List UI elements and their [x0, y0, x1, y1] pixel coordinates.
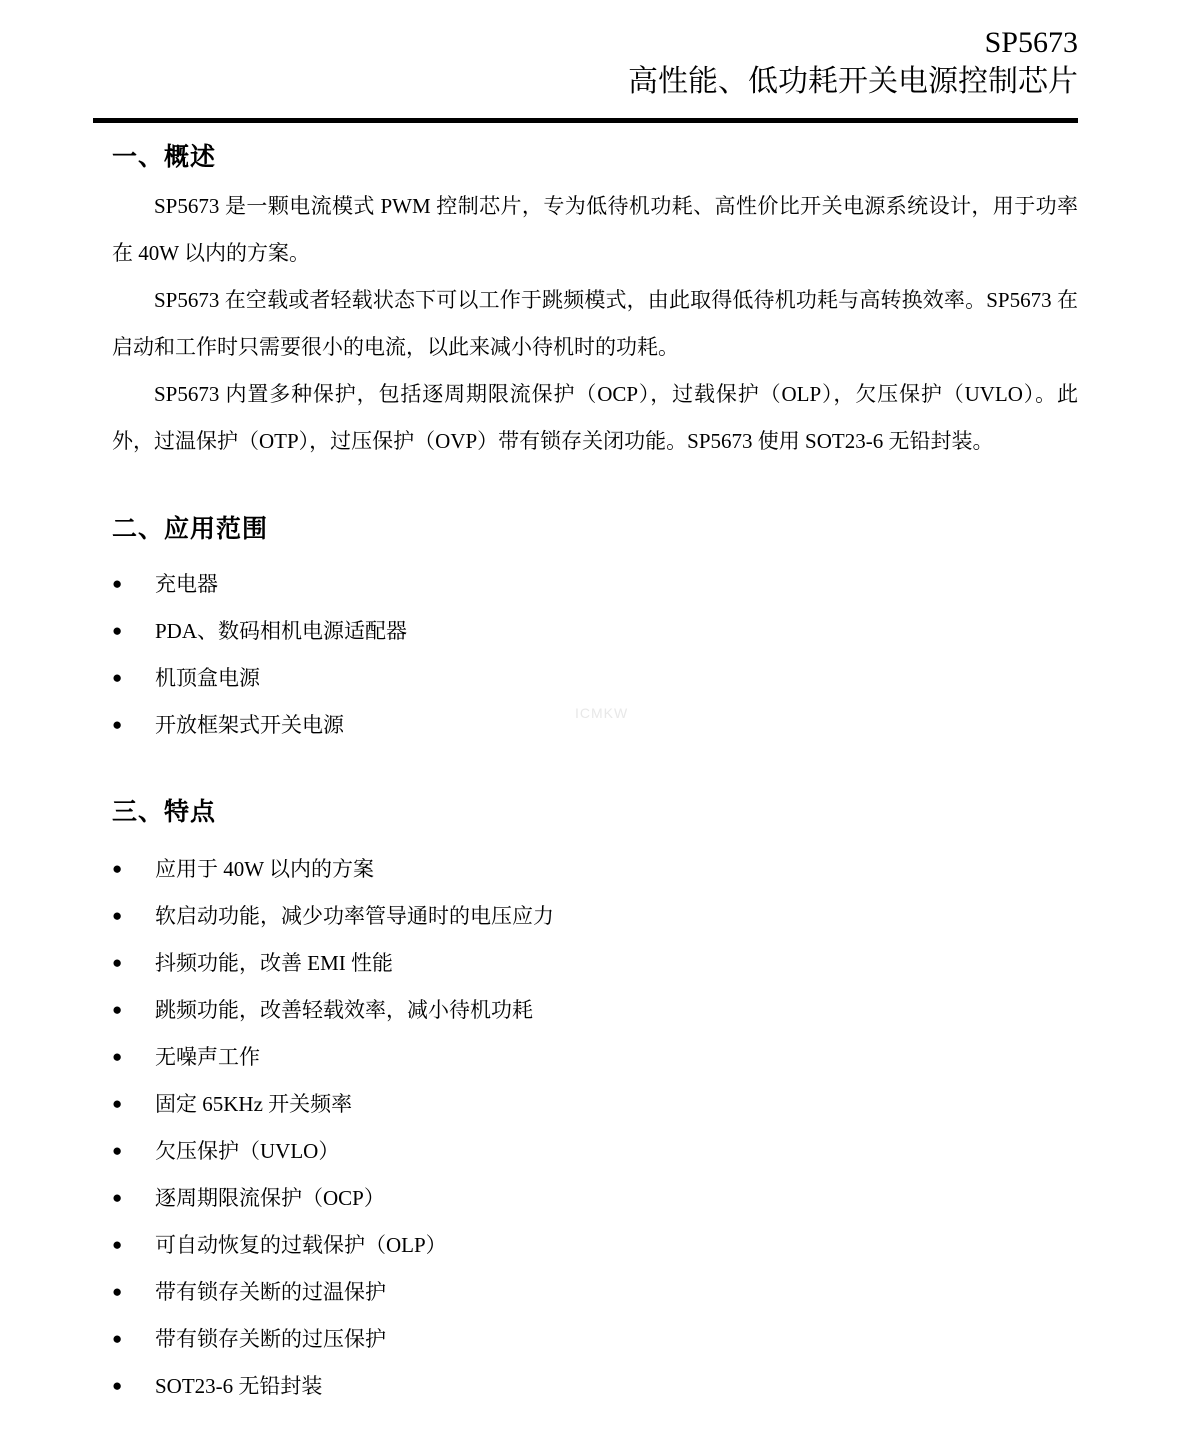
list-item: ● PDA、数码相机电源适配器	[112, 616, 1078, 646]
features-heading: 三、特点	[112, 796, 1078, 830]
applications-heading: 二、应用范围	[112, 513, 1078, 547]
bullet-icon: ●	[112, 1277, 155, 1307]
bullet-icon: ●	[112, 1136, 155, 1166]
list-item: ● 可自动恢复的过载保护（OLP）	[112, 1230, 1078, 1260]
list-item-text: PDA、数码相机电源适配器	[155, 616, 407, 646]
list-item: ● 带有锁存关断的过压保护	[112, 1324, 1078, 1354]
bullet-icon: ●	[112, 616, 155, 646]
list-item: ● 带有锁存关断的过温保护	[112, 1277, 1078, 1307]
list-item-text: 可自动恢复的过载保护（OLP）	[155, 1230, 447, 1260]
list-item-text: 机顶盒电源	[155, 663, 260, 693]
list-item: ● 充电器	[112, 569, 1078, 599]
list-item: ● 欠压保护（UVLO）	[112, 1136, 1078, 1166]
list-item-text: 固定 65KHz 开关频率	[155, 1089, 352, 1119]
bullet-icon: ●	[112, 1230, 155, 1260]
list-item-text: 开放框架式开关电源	[155, 710, 344, 740]
list-item: ● 无噪声工作	[112, 1042, 1078, 1072]
list-item: ● 机顶盒电源	[112, 663, 1078, 693]
bullet-icon: ●	[112, 569, 155, 599]
doc-body: 一、概述 SP5673 是一颗电流模式 PWM 控制芯片，专为低待机功耗、高性价…	[0, 141, 1190, 1401]
list-item-text: 欠压保护（UVLO）	[155, 1136, 339, 1166]
header-rule	[93, 118, 1078, 123]
bullet-icon: ●	[112, 1183, 155, 1213]
bullet-icon: ●	[112, 1042, 155, 1072]
doc-subtitle: 高性能、低功耗开关电源控制芯片	[0, 62, 1078, 102]
bullet-icon: ●	[112, 1371, 155, 1401]
list-item-text: 带有锁存关断的过温保护	[155, 1277, 386, 1307]
bullet-icon: ●	[112, 1324, 155, 1354]
list-item-text: 抖频功能，改善 EMI 性能	[155, 948, 393, 978]
bullet-icon: ●	[112, 854, 155, 884]
bullet-icon: ●	[112, 948, 155, 978]
bullet-icon: ●	[112, 901, 155, 931]
list-item: ● 固定 65KHz 开关频率	[112, 1089, 1078, 1119]
bullet-icon: ●	[112, 663, 155, 693]
overview-paragraph: SP5673 内置多种保护，包括逐周期限流保护（OCP），过载保护（OLP），欠…	[112, 371, 1078, 465]
list-item: ● 软启动功能，减少功率管导通时的电压应力	[112, 901, 1078, 931]
overview-paragraph: SP5673 在空载或者轻载状态下可以工作于跳频模式，由此取得低待机功耗与高转换…	[112, 277, 1078, 371]
overview-heading: 一、概述	[112, 141, 1078, 175]
overview-paragraphs: SP5673 是一颗电流模式 PWM 控制芯片，专为低待机功耗、高性价比开关电源…	[112, 183, 1078, 465]
bullet-icon: ●	[112, 995, 155, 1025]
list-item-text: SOT23-6 无铅封装	[155, 1371, 322, 1401]
list-item-text: 逐周期限流保护（OCP）	[155, 1183, 385, 1213]
section-features: 三、特点 ● 应用于 40W 以内的方案 ● 软启动功能，减少功率管导通时的电压…	[112, 796, 1078, 1401]
list-item: ● 逐周期限流保护（OCP）	[112, 1183, 1078, 1213]
bullet-icon: ●	[112, 1089, 155, 1119]
list-item: ● 应用于 40W 以内的方案	[112, 854, 1078, 884]
datasheet-page: SP5673 高性能、低功耗开关电源控制芯片 一、概述 SP5673 是一颗电流…	[0, 0, 1190, 1431]
list-item: ● SOT23-6 无铅封装	[112, 1371, 1078, 1401]
list-item: ● 跳频功能，改善轻载效率，减小待机功耗	[112, 995, 1078, 1025]
list-item-text: 应用于 40W 以内的方案	[155, 854, 374, 884]
watermark: ICMKW	[575, 705, 628, 721]
overview-paragraph: SP5673 是一颗电流模式 PWM 控制芯片，专为低待机功耗、高性价比开关电源…	[112, 183, 1078, 277]
bullet-icon: ●	[112, 710, 155, 740]
doc-header: SP5673 高性能、低功耗开关电源控制芯片	[0, 0, 1190, 102]
list-item-text: 软启动功能，减少功率管导通时的电压应力	[155, 901, 554, 931]
features-list: ● 应用于 40W 以内的方案 ● 软启动功能，减少功率管导通时的电压应力 ● …	[112, 854, 1078, 1401]
list-item-text: 跳频功能，改善轻载效率，减小待机功耗	[155, 995, 533, 1025]
list-item-text: 带有锁存关断的过压保护	[155, 1324, 386, 1354]
list-item-text: 充电器	[155, 569, 218, 599]
list-item-text: 无噪声工作	[155, 1042, 260, 1072]
section-overview: 一、概述 SP5673 是一颗电流模式 PWM 控制芯片，专为低待机功耗、高性价…	[112, 141, 1078, 465]
list-item: ● 抖频功能，改善 EMI 性能	[112, 948, 1078, 978]
product-code: SP5673	[0, 24, 1078, 62]
